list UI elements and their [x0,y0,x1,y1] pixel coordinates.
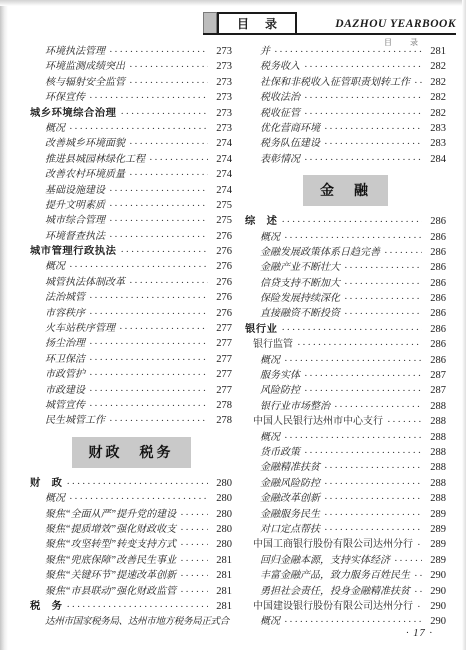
dot-leader [274,45,422,60]
entry-page-number: 276 [211,229,232,244]
entry-page-number: 283 [425,136,446,151]
entry-label: 概况 [45,121,65,136]
toc-entry: 市政建设 277 [30,383,232,398]
toc-entry: 聚焦“提质增效”强化财政收支 280 [30,522,232,537]
toc-entry: 金融产业不断壮大 286 [245,260,446,275]
toc-entry: 中国工商银行股份有限公司达州分行 289 [245,537,446,552]
entry-page-number: 273 [211,44,232,59]
header-square-icon [203,12,217,33]
entry-page-number: 275 [211,198,232,213]
dot-leader [149,153,208,168]
entry-label: 城市综合管理 [45,213,105,228]
entry-label: 推进县城园林绿化工程 [45,152,145,167]
entry-page-number: 274 [211,136,232,151]
entry-page-number: 280 [211,476,232,491]
dot-leader [89,399,208,414]
toc-entry: 市政管护 277 [30,367,232,382]
toc-entry: 基础设施建设 274 [30,183,232,198]
toc-entry: 服务实体 287 [245,368,446,383]
entry-label: 中国工商银行股份有限公司达州分行 [253,537,413,552]
toc-entry: 金融风险防控 288 [245,476,446,491]
entry-page-number: 277 [211,367,232,382]
entry-label: 保险发展持续深化 [260,291,340,306]
toc-entry: 金融改革创新 288 [245,491,446,506]
entry-page-number: 286 [425,306,446,321]
dot-leader [281,215,422,230]
dot-leader [89,353,208,368]
entry-label: 风险防控 [260,383,300,398]
entry-label: 环境督查执法 [45,229,105,244]
toc-entry: 丰富金融产品，致力服务百姓民生 290 [245,568,446,583]
section-title: 财政 税务 [72,437,191,468]
toc-entry: 改善城乡环境面貌 274 [30,136,232,151]
scan-edge-right [462,0,466,650]
entry-label: 银行业 [245,322,277,337]
entry-page-number: 288 [425,491,446,506]
toc-entry: 并 281 [245,44,446,59]
entry-label: 民生城管工作 [45,413,105,428]
dot-leader [120,107,208,122]
entry-label: 勇担社会责任，投身金融精准扶贫 [260,584,410,599]
entry-label: 城市管理行政执法 [30,244,116,259]
toc-entry: 信贷支持不断加大 286 [245,276,446,291]
entry-page-number: 286 [425,353,446,368]
entry-label: 环境监测成绩突出 [45,59,125,74]
dot-leader [304,60,422,75]
section-header: 金 融 [245,167,446,214]
dot-leader [129,168,208,183]
dot-leader [297,338,422,353]
toc-entry: 财 政 280 [30,476,232,491]
entry-label: 概况 [45,259,65,274]
entry-page-number: 284 [425,152,446,167]
dot-leader [324,477,422,492]
entry-label: 金融产业不断壮大 [260,260,340,275]
entry-page-number: 287 [425,368,446,383]
entry-page-number: 288 [425,445,446,460]
entry-page-number: 276 [211,275,232,290]
dot-leader [109,199,208,214]
toc-entry: 城管宣传 278 [30,398,232,413]
toc-entry: 金融精准扶贫 288 [245,460,446,475]
toc-entry: 推进县城园林绿化工程 274 [30,152,232,167]
toc-entry: 优化营商环境 283 [245,121,446,136]
dot-leader [324,122,422,137]
entry-label: 市政管护 [45,367,85,382]
toc-entry: 税收法治 282 [245,90,446,105]
toc-entry: 聚焦“全面从严”提升党的建设 280 [30,507,232,522]
toc-entry: 概况 288 [245,430,446,445]
toc-entry: 对口定点帮扶 289 [245,522,446,537]
toc-entry: 概况 286 [245,353,446,368]
toc-entry: 保险发展持续深化 286 [245,291,446,306]
dot-leader [120,245,208,260]
dot-leader [284,615,422,630]
dot-leader [119,322,208,337]
entry-label: 城乡环境综合治理 [30,106,116,121]
entry-label: 达州市国家税务局、达州市地方税务局正式合 [45,614,229,629]
entry-page-number: 276 [211,259,232,274]
toc-title: 目 录 [235,15,279,32]
dot-leader [394,554,422,569]
entry-page-number: 277 [211,336,232,351]
section-title: 金 融 [303,175,388,206]
toc-entry: 银行业 286 [245,322,446,337]
entry-label: 环境执法管理 [45,44,105,59]
entry-label: 城管执法体制改革 [45,275,125,290]
dot-leader [344,261,422,276]
entry-label: 金融精准扶贫 [260,460,320,475]
dot-leader [304,91,422,106]
dot-leader [109,214,208,229]
entry-label: 概况 [260,353,280,368]
dot-leader [334,400,422,415]
toc-entry: 直接融资不断投资 286 [245,306,446,321]
toc-entry: 银行业市场整治 288 [245,399,446,414]
toc-title-box: 目 录 [217,12,297,33]
toc-entry: 提升文明素质 275 [30,198,232,213]
entry-page-number: 280 [211,491,232,506]
toc-entry: 民生城管工作 278 [30,413,232,428]
entry-label: 并 [260,44,270,59]
toc-entry: 中国建设银行股份有限公司达州分行 290 [245,599,446,614]
entry-label: 聚焦“关键环节”提速改革创新 [45,568,176,583]
toc-entry: 改善农村环境质量 274 [30,167,232,182]
toc-entry: 达州市国家税务局、达州市地方税务局正式合 [30,614,232,629]
entry-page-number: 281 [211,599,232,614]
dot-leader [414,76,422,91]
dot-leader [109,184,208,199]
entry-page-number: 277 [211,383,232,398]
entry-page-number: 280 [211,522,232,537]
toc-entry: 城乡环境综合治理 273 [30,106,232,121]
entry-page-number: 286 [425,322,446,337]
folio-page-number: · 17 · [406,628,433,639]
page-header: 目 录 DAZHOU YEARBOOK [203,12,456,35]
toc-entry: 城市管理行政执法 276 [30,244,232,259]
entry-page-number: 282 [425,106,446,121]
dot-leader [129,76,208,91]
yearbook-title: DAZHOU YEARBOOK [335,18,456,33]
entry-label: 环卫保洁 [45,352,85,367]
entry-page-number: 273 [211,106,232,121]
entry-label: 聚焦“提质增效”强化财政收支 [45,522,176,537]
dot-leader [66,600,208,615]
entry-label: 法治城管 [45,290,85,305]
entry-label: 聚焦“市县联动”强化财政监管 [45,584,176,599]
toc-entry: 城管执法体制改革 276 [30,275,232,290]
toc-entry: 环保宣传 273 [30,90,232,105]
entry-label: 财 政 [30,476,62,491]
entry-page-number: 273 [211,75,232,90]
dot-leader [304,107,422,122]
entry-label: 表彰情况 [260,152,300,167]
toc-entry: 银行监管 286 [245,337,446,352]
entry-page-number: 287 [425,383,446,398]
dot-leader [344,307,422,322]
entry-label: 提升文明素质 [45,198,105,213]
entry-label: 市容秩序 [45,306,85,321]
toc-entry: 社保和非税收入征管职责划转工作 282 [245,75,446,90]
entry-label: 信贷支持不断加大 [260,276,340,291]
entry-page-number: 289 [425,553,446,568]
toc-entry: 环境督查执法 276 [30,229,232,244]
entry-page-number: 288 [425,476,446,491]
entry-page-number: 286 [425,276,446,291]
dot-leader [324,461,422,476]
toc-entry: 税务队伍建设 283 [245,136,446,151]
toc-entry: 城市综合管理 275 [30,213,232,228]
toc-entry: 核与辐射安全监管 273 [30,75,232,90]
entry-page-number: 273 [211,59,232,74]
dot-leader [109,230,208,245]
dot-leader [417,600,422,615]
entry-page-number: 288 [425,414,446,429]
entry-label: 社保和非税收入征管职责划转工作 [260,75,410,90]
entry-page-number: 273 [211,90,232,105]
entry-page-number: 282 [425,90,446,105]
dot-leader [180,569,208,584]
dot-leader [180,523,208,538]
entry-label: 城管宣传 [45,398,85,413]
entry-label: 扬尘治理 [45,336,85,351]
entry-page-number: 274 [211,152,232,167]
entry-page-number: 286 [425,214,446,229]
dot-leader [281,323,422,338]
toc-entry: 概况 286 [245,230,446,245]
entry-label: 环保宣传 [45,90,85,105]
entry-label: 概况 [260,614,280,629]
entry-page-number: 289 [425,522,446,537]
entry-label: 税 务 [30,599,62,614]
toc-entry: 市容秩序 276 [30,306,232,321]
entry-label: 优化营商环境 [260,121,320,136]
dot-leader [66,477,208,492]
dot-leader [344,277,422,292]
entry-page-number: 278 [211,413,232,428]
entry-page-number: 278 [211,398,232,413]
entry-page-number: 286 [425,260,446,275]
toc-entry: 概况 276 [30,259,232,274]
dot-leader [324,137,422,152]
entry-label: 税务队伍建设 [260,136,320,151]
entry-page-number: 281 [211,584,232,599]
entry-page-number: 290 [425,568,446,583]
dot-leader [69,492,208,507]
dot-leader [324,492,422,507]
toc-entry: 环境执法管理 273 [30,44,232,59]
toc-entry: 火车站秩序管理 277 [30,321,232,336]
entry-label: 改善农村环境质量 [45,167,125,182]
entry-page-number: 289 [425,507,446,522]
dot-leader [89,91,208,106]
entry-label: 概况 [260,430,280,445]
toc-entry: 聚焦“市县联动”强化财政监管 281 [30,584,232,599]
entry-page-number: 276 [211,244,232,259]
entry-page-number: 275 [211,213,232,228]
entry-page-number: 289 [425,537,446,552]
entry-label: 服务实体 [260,368,300,383]
entry-label: 税收征管 [260,106,300,121]
dot-leader [304,384,422,399]
toc-entry: 货币政策 288 [245,445,446,460]
dot-leader [129,60,208,75]
entry-label: 银行监管 [253,337,293,352]
entry-label: 概况 [45,491,65,506]
entry-label: 金融风险防控 [260,476,320,491]
scan-edge-top [0,0,466,6]
toc-entry: 环卫保洁 277 [30,352,232,367]
dot-leader [417,538,422,553]
entry-label: 丰富金融产品，致力服务百姓民生 [260,568,410,583]
entry-page-number: 288 [425,399,446,414]
dot-leader [69,260,208,275]
toc-left-column: 环境执法管理 273 环境监测成绩突出 273 核与辐射安全监管 273 环保宣… [30,44,232,630]
entry-page-number: 286 [425,337,446,352]
entry-label: 基础设施建设 [45,183,105,198]
entry-label: 火车站秩序管理 [45,321,115,336]
entry-label: 改善城乡环境面貌 [45,136,125,151]
entry-label: 核与辐射安全监管 [45,75,125,90]
section-header: 财政 税务 [30,429,232,476]
entry-page-number: 281 [211,568,232,583]
toc-entry: 聚焦“兜底保障”改善民生事业 281 [30,553,232,568]
toc-right-column: 并 281 税务收入 282 社保和非税收入征管职责划转工作 282 税收法治 … [245,44,446,630]
dot-leader [324,508,422,523]
entry-label: 综 述 [245,214,277,229]
dot-leader [69,122,208,137]
toc-entry: 风险防控 287 [245,383,446,398]
toc-entry: 回归金融本源，支持实体经济 289 [245,553,446,568]
entry-page-number: 290 [425,599,446,614]
dot-leader [180,554,208,569]
entry-page-number: 274 [211,167,232,182]
entry-page-number: 281 [425,44,446,59]
entry-label: 市政建设 [45,383,85,398]
dot-leader [344,292,422,307]
entry-label: 概况 [260,230,280,245]
entry-label: 中国建设银行股份有限公司达州分行 [253,599,413,614]
toc-entry: 概况 273 [30,121,232,136]
dot-leader [89,337,208,352]
toc-entry: 概况 280 [30,491,232,506]
entry-page-number: 273 [211,121,232,136]
dot-leader [89,291,208,306]
entry-label: 中国人民银行达州市中心支行 [253,414,383,429]
entry-page-number: 286 [425,230,446,245]
entry-label: 税务收入 [260,59,300,74]
dot-leader [304,446,422,461]
entry-page-number: 283 [425,121,446,136]
entry-page-number: 286 [425,245,446,260]
scan-edge-left [0,0,8,650]
dot-leader [384,246,422,261]
entry-label: 直接融资不断投资 [260,306,340,321]
entry-label: 货币政策 [260,445,300,460]
dot-leader [304,369,422,384]
entry-label: 聚焦“兜底保障”改善民生事业 [45,553,176,568]
toc-entry: 税收征管 282 [245,106,446,121]
dot-leader [284,354,422,369]
toc-entry: 环境监测成绩突出 273 [30,59,232,74]
entry-label: 金融改革创新 [260,491,320,506]
entry-label: 税收法治 [260,90,300,105]
dot-leader [129,276,208,291]
toc-entry: 税务收入 282 [245,59,446,74]
dot-leader [284,431,422,446]
dot-leader [180,508,208,523]
dot-leader [109,414,208,429]
entry-page-number: 282 [425,75,446,90]
entry-page-number: 280 [211,537,232,552]
entry-page-number: 276 [211,306,232,321]
dot-leader [109,45,208,60]
entry-label: 对口定点帮扶 [260,522,320,537]
dot-leader [180,538,208,553]
toc-entry: 法治城管 276 [30,290,232,305]
entry-page-number: 277 [211,352,232,367]
dot-leader [324,523,422,538]
toc-entry: 聚焦“攻坚转型”转变支持方式 280 [30,537,232,552]
toc-entry: 金融发展政策体系日趋完善 286 [245,245,446,260]
dot-leader [180,585,208,600]
entry-page-number: 286 [425,291,446,306]
dot-leader [304,153,422,168]
toc-entry: 中国人民银行达州市中心支行 288 [245,414,446,429]
toc-entry: 聚焦“关键环节”提速改革创新 281 [30,568,232,583]
entry-page-number: 290 [425,584,446,599]
dot-leader [284,231,422,246]
entry-page-number: 288 [425,430,446,445]
dot-leader [89,384,208,399]
entry-page-number: 281 [211,553,232,568]
entry-label: 聚焦“攻坚转型”转变支持方式 [45,537,176,552]
entry-label: 回归金融本源，支持实体经济 [260,553,390,568]
toc-entry: 金融服务民生 289 [245,507,446,522]
dot-leader [414,569,422,584]
entry-page-number: 282 [425,59,446,74]
dot-leader [89,368,208,383]
entry-label: 银行业市场整治 [260,399,330,414]
dot-leader [414,585,422,600]
dot-leader [89,307,208,322]
toc-entry: 综 述 286 [245,214,446,229]
toc-entry: 表彰情况 284 [245,152,446,167]
entry-page-number: 277 [211,321,232,336]
dot-leader [387,415,422,430]
entry-page-number: 280 [211,507,232,522]
toc-entry: 税 务 281 [30,599,232,614]
dot-leader [129,137,208,152]
entry-page-number: 274 [211,183,232,198]
entry-label: 金融服务民生 [260,507,320,522]
entry-page-number: 276 [211,290,232,305]
toc-entry: 勇担社会责任，投身金融精准扶贫 290 [245,584,446,599]
entry-label: 金融发展政策体系日趋完善 [260,245,380,260]
entry-page-number: 288 [425,460,446,475]
entry-label: 聚焦“全面从严”提升党的建设 [45,507,176,522]
toc-entry: 扬尘治理 277 [30,336,232,351]
